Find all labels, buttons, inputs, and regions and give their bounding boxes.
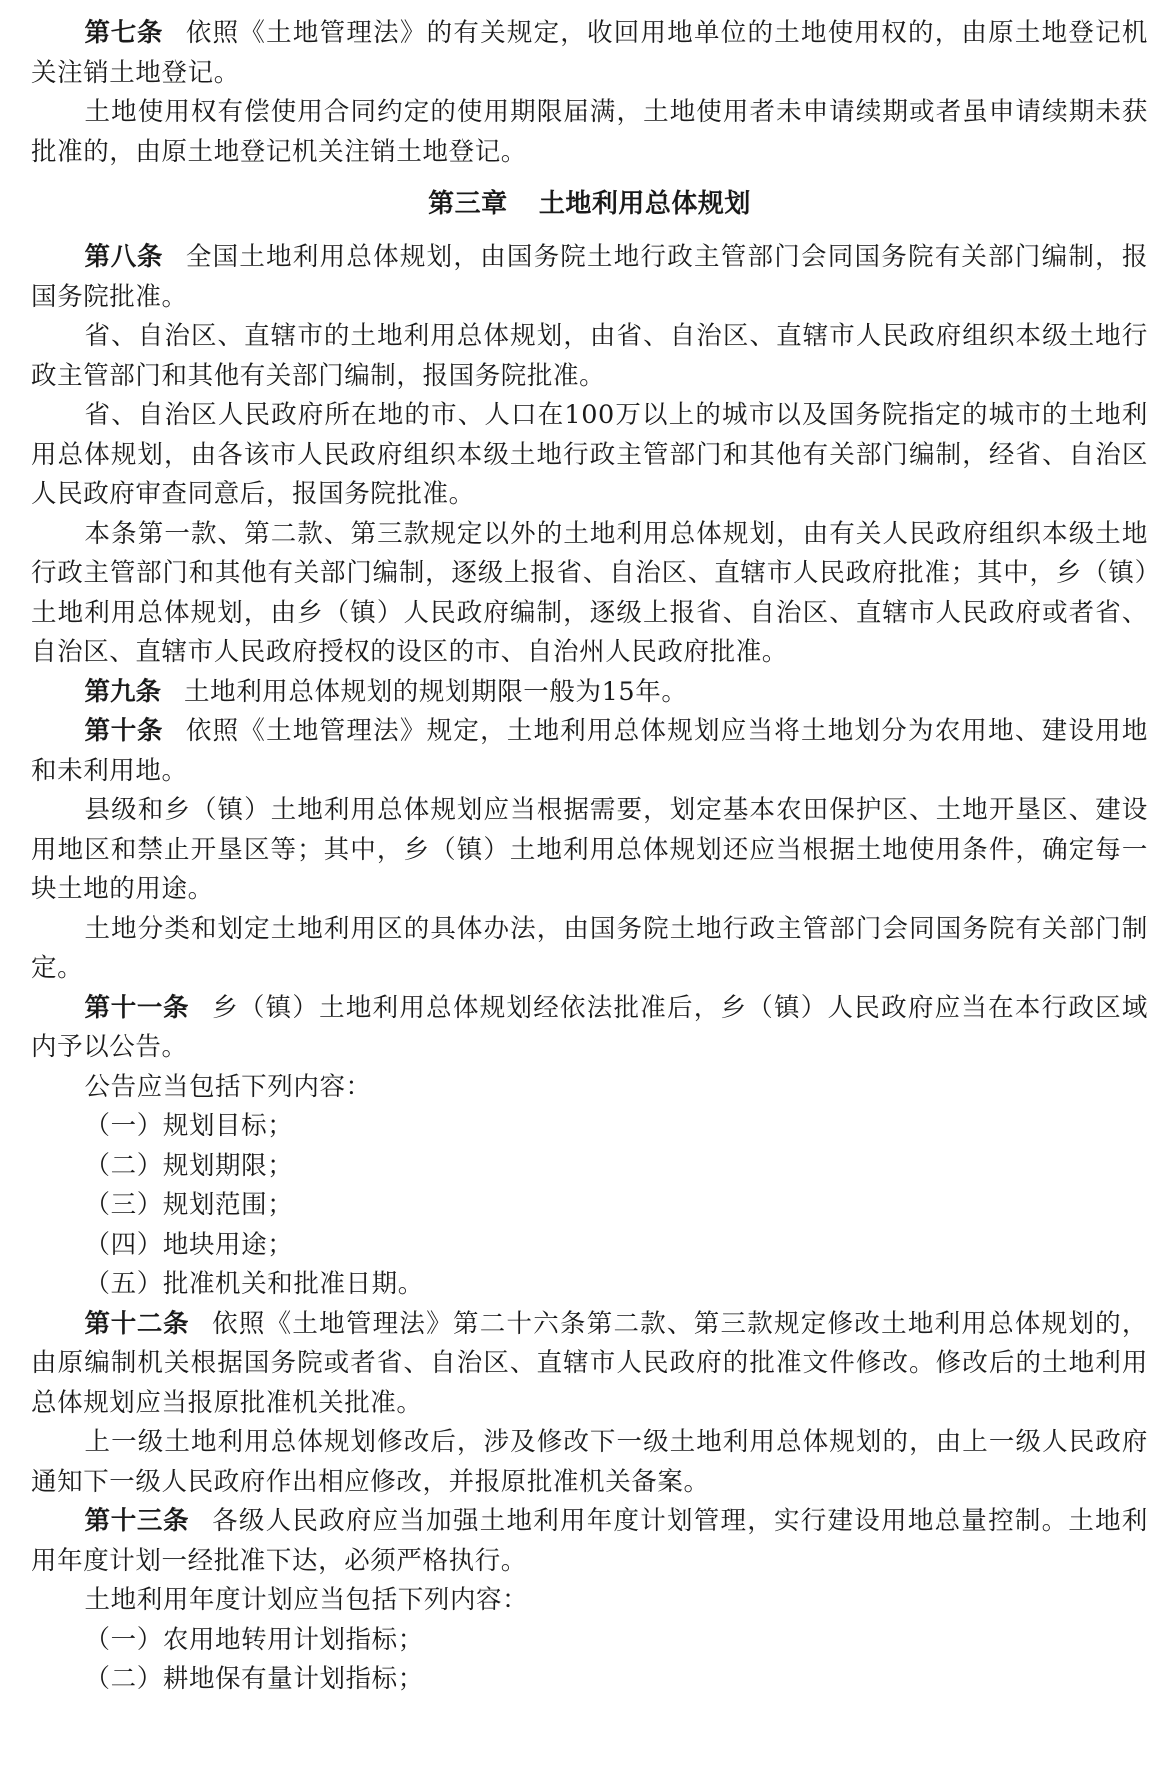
paragraph: 公告应当包括下列内容： bbox=[31, 1068, 1148, 1108]
article-text: 依照《土地管理法》规定，土地利用总体规划应当将土地划分为农用地、建设用地和未利用… bbox=[31, 716, 1148, 786]
article-text: 乡（镇）土地利用总体规划经依法批准后，乡（镇）人民政府应当在本行政区域内予以公告… bbox=[31, 993, 1148, 1063]
article-7: 第七条依照《土地管理法》的有关规定，收回用地单位的土地使用权的，由原土地登记机关… bbox=[31, 14, 1148, 93]
article-13: 第十三条各级人民政府应当加强土地利用年度计划管理，实行建设用地总量控制。土地利用… bbox=[31, 1502, 1148, 1581]
paragraph: 本条第一款、第二款、第三款规定以外的土地利用总体规划，由有关人民政府组织本级土地… bbox=[31, 515, 1148, 673]
article-number: 第十一条 bbox=[85, 993, 190, 1023]
article-number: 第七条 bbox=[85, 18, 163, 48]
list-item: （五）批准机关和批准日期。 bbox=[31, 1265, 1148, 1305]
article-text: 依照《土地管理法》第二十六条第二款、第三款规定修改土地利用总体规划的，由原编制机… bbox=[31, 1309, 1148, 1418]
article-8: 第八条全国土地利用总体规划，由国务院土地行政主管部门会同国务院有关部门编制，报国… bbox=[31, 238, 1148, 317]
paragraph: 县级和乡（镇）土地利用总体规划应当根据需要，划定基本农田保护区、土地开垦区、建设… bbox=[31, 791, 1148, 910]
list-item: （四）地块用途； bbox=[31, 1226, 1148, 1266]
article-number: 第十条 bbox=[85, 716, 163, 746]
paragraph: 土地利用年度计划应当包括下列内容： bbox=[31, 1581, 1148, 1621]
list-item: （三）规划范围； bbox=[31, 1186, 1148, 1226]
article-11: 第十一条乡（镇）土地利用总体规划经依法批准后，乡（镇）人民政府应当在本行政区域内… bbox=[31, 989, 1148, 1068]
list-item: （二）耕地保有量计划指标； bbox=[31, 1660, 1148, 1700]
chapter-number: 第三章 bbox=[428, 189, 508, 219]
article-number: 第八条 bbox=[85, 242, 163, 272]
article-text: 土地利用总体规划的规划期限一般为15年。 bbox=[184, 677, 687, 707]
paragraph: 省、自治区人民政府所在地的市、人口在100万以上的城市以及国务院指定的城市的土地… bbox=[31, 396, 1148, 515]
article-text: 依照《土地管理法》的有关规定，收回用地单位的土地使用权的，由原土地登记机关注销土… bbox=[31, 18, 1148, 88]
article-text: 各级人民政府应当加强土地利用年度计划管理，实行建设用地总量控制。土地利用年度计划… bbox=[31, 1506, 1148, 1576]
article-10: 第十条依照《土地管理法》规定，土地利用总体规划应当将土地划分为农用地、建设用地和… bbox=[31, 712, 1148, 791]
paragraph: 土地分类和划定土地利用区的具体办法，由国务院土地行政主管部门会同国务院有关部门制… bbox=[31, 910, 1148, 989]
list-item: （一）农用地转用计划指标； bbox=[31, 1621, 1148, 1661]
article-number: 第九条 bbox=[85, 677, 162, 707]
article-number: 第十三条 bbox=[85, 1506, 190, 1536]
list-item: （一）规划目标； bbox=[31, 1107, 1148, 1147]
document-page: 第七条依照《土地管理法》的有关规定，收回用地单位的土地使用权的，由原土地登记机关… bbox=[0, 0, 1176, 1700]
chapter-heading: 第三章土地利用总体规划 bbox=[31, 182, 1148, 226]
article-12: 第十二条依照《土地管理法》第二十六条第二款、第三款规定修改土地利用总体规划的，由… bbox=[31, 1305, 1148, 1424]
chapter-title: 土地利用总体规划 bbox=[539, 189, 751, 219]
article-number: 第十二条 bbox=[85, 1309, 190, 1339]
article-9: 第九条土地利用总体规划的规划期限一般为15年。 bbox=[31, 673, 1148, 713]
paragraph: 土地使用权有偿使用合同约定的使用期限届满，土地使用者未申请续期或者虽申请续期未获… bbox=[31, 93, 1148, 172]
list-item: （二）规划期限； bbox=[31, 1147, 1148, 1187]
article-text: 全国土地利用总体规划，由国务院土地行政主管部门会同国务院有关部门编制，报国务院批… bbox=[31, 242, 1148, 312]
paragraph: 省、自治区、直辖市的土地利用总体规划，由省、自治区、直辖市人民政府组织本级土地行… bbox=[31, 317, 1148, 396]
paragraph: 上一级土地利用总体规划修改后，涉及修改下一级土地利用总体规划的，由上一级人民政府… bbox=[31, 1423, 1148, 1502]
